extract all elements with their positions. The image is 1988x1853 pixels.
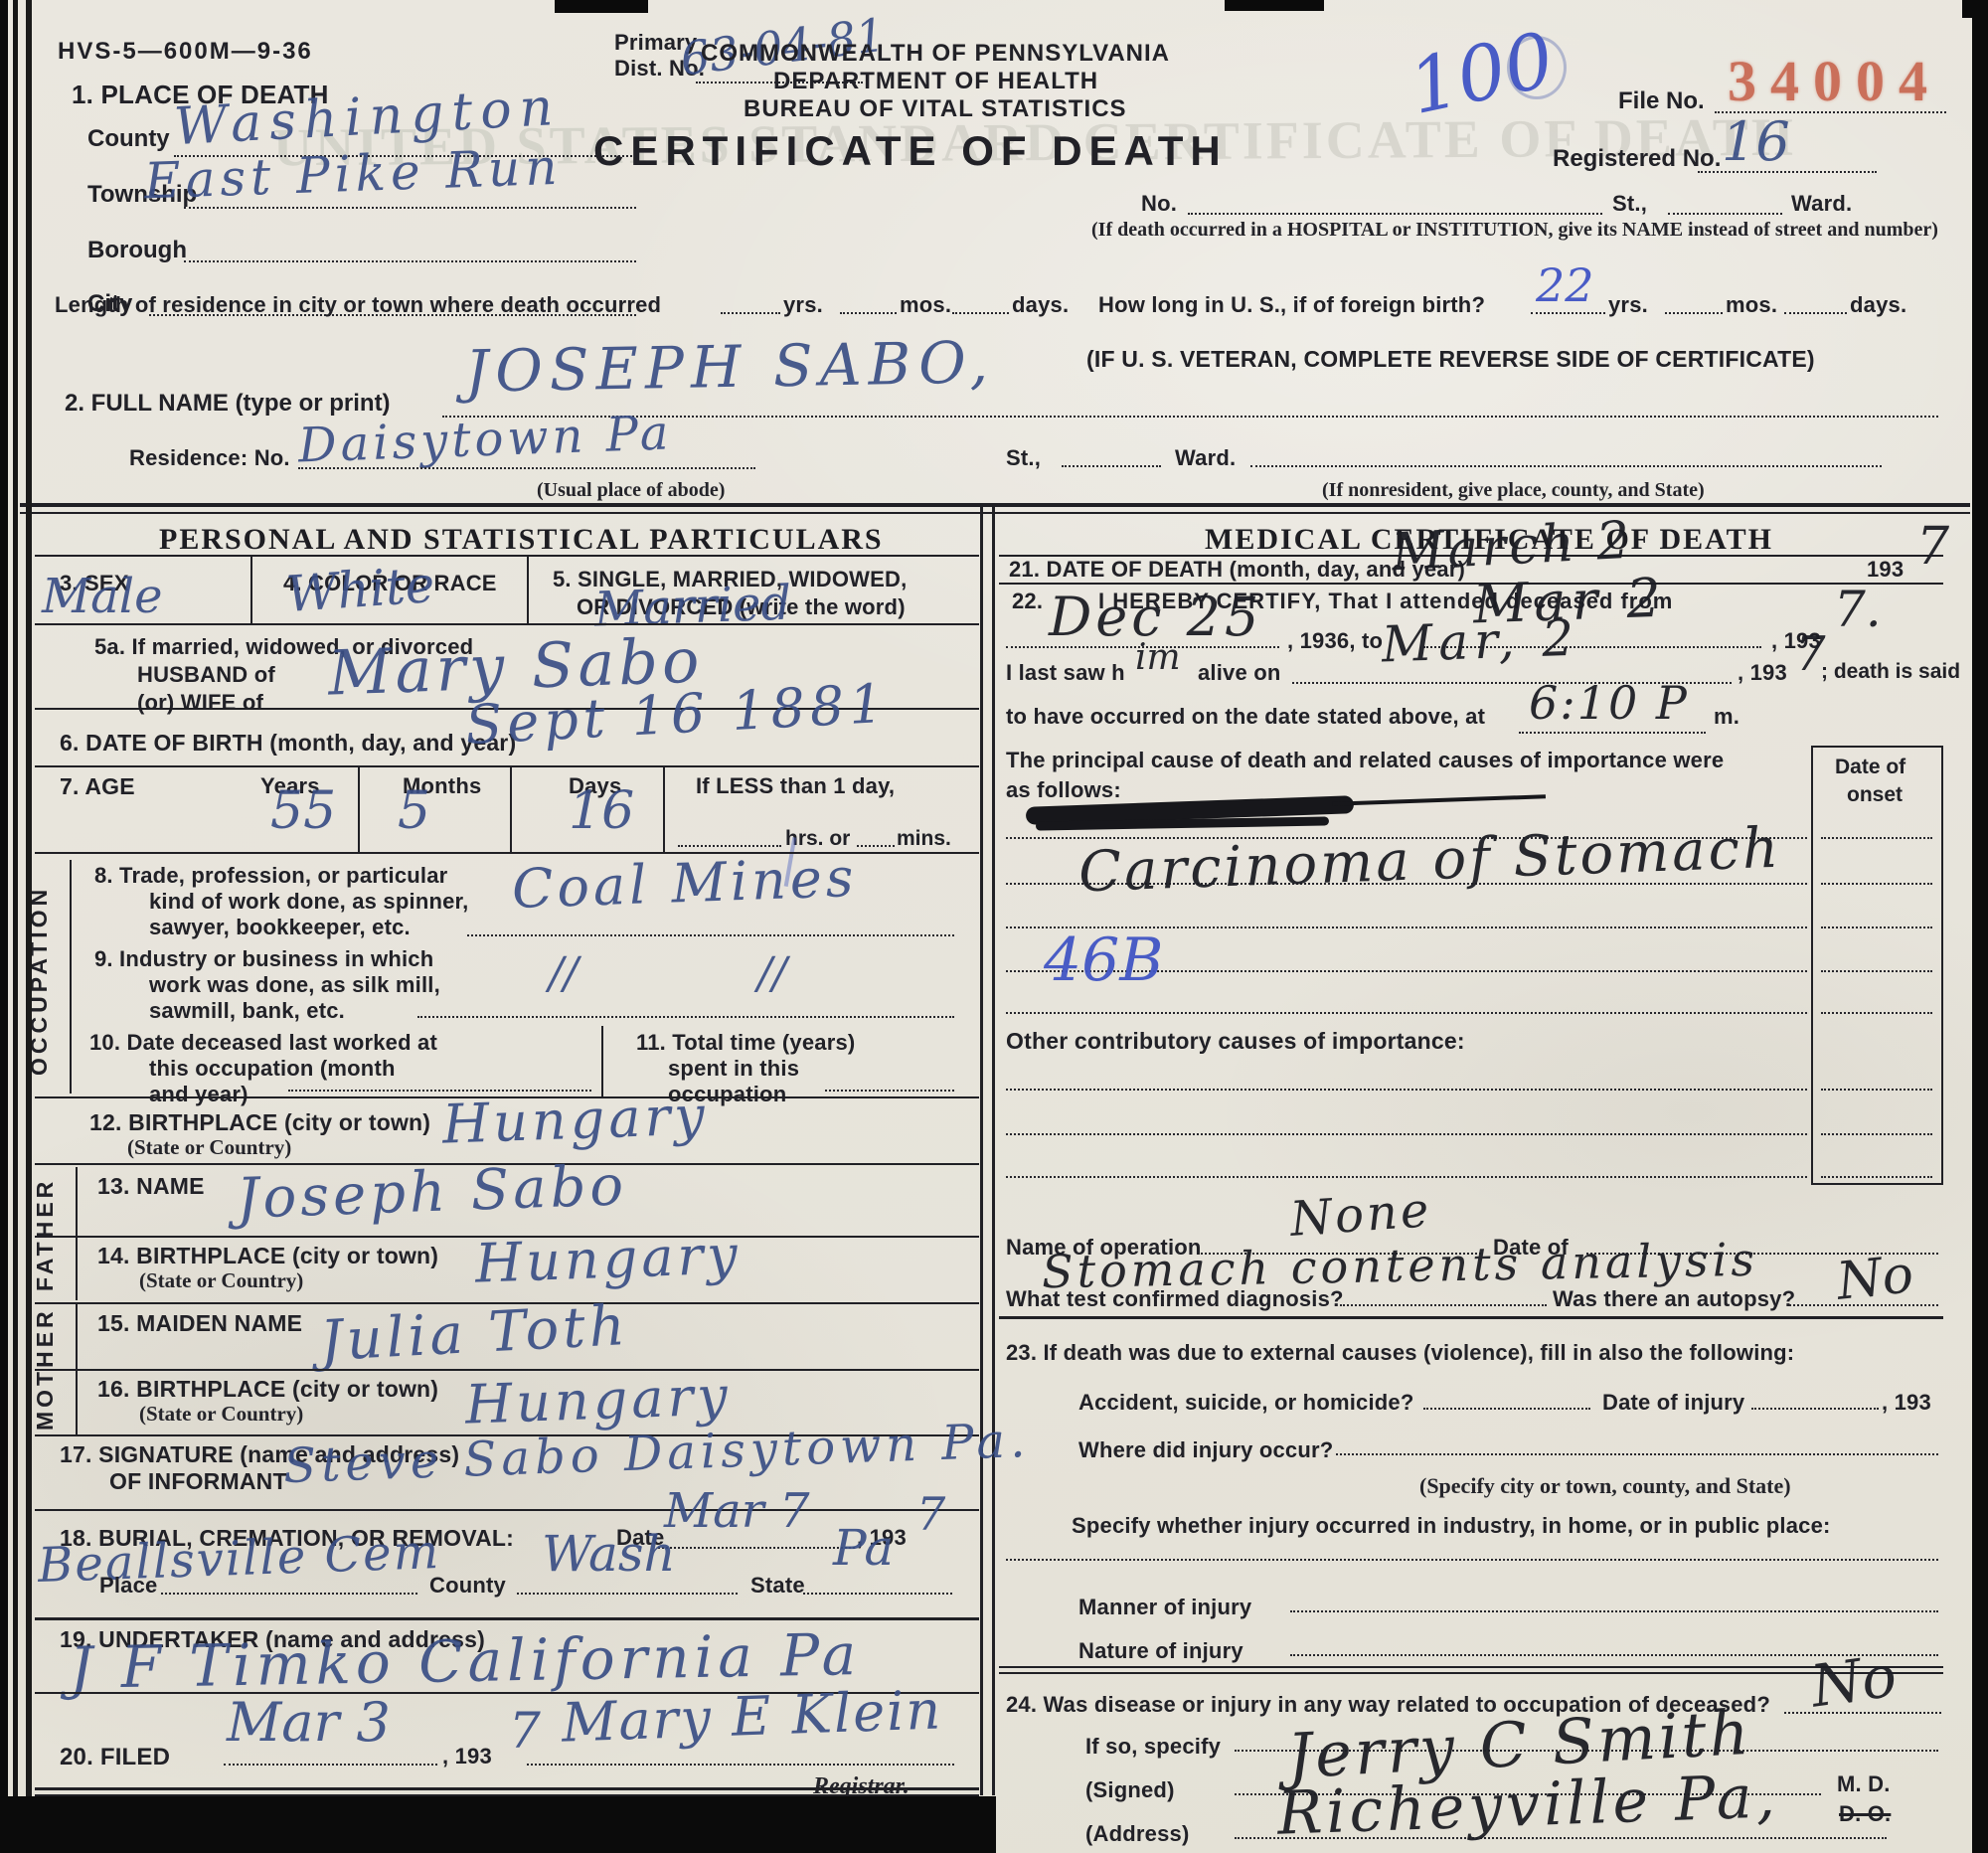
onset-box-right <box>1941 746 1943 1185</box>
totaltime-label-1: 11. Total time (years) <box>636 1030 855 1056</box>
township-line <box>184 207 636 209</box>
accident-line <box>1423 1408 1590 1410</box>
test-line <box>1340 1304 1547 1306</box>
father-side-label: FATHER <box>32 1171 59 1298</box>
crossed-out-text <box>1332 794 1546 806</box>
age-days-value: 16 <box>569 785 634 837</box>
occupation-bracket <box>70 860 72 1094</box>
filed-year-hw: 7 <box>509 1706 541 1756</box>
age-cell-line-1 <box>358 765 360 852</box>
len-days-line <box>952 312 1009 314</box>
death-time-value: 6:10 P <box>1529 680 1689 726</box>
age-label: 7. AGE <box>60 773 135 800</box>
industry-label-2: work was done, as silk mill, <box>149 972 440 998</box>
trade-value: Coal Mines <box>511 851 858 917</box>
cause-value: Carcinoma of Stomach <box>1077 821 1782 902</box>
full-name-value: JOSEPH SABO, <box>465 333 996 400</box>
attended-from-value: Dec 25 <box>1049 590 1262 644</box>
injury-year-print: , 193 <box>1882 1390 1931 1416</box>
divider-thick <box>20 503 1970 507</box>
onset-box-left <box>1811 746 1813 1185</box>
sex-value: Male <box>42 573 163 620</box>
burial-place-line <box>161 1593 417 1595</box>
dod-year-print: 193 <box>1867 557 1904 583</box>
personal-section-header: PERSONAL AND STATISTICAL PARTICULARS <box>159 523 884 557</box>
foreign-days-line <box>1784 312 1847 314</box>
dod-year-hw: 7 <box>1916 521 1949 573</box>
hospital-note: (If death occurred in a HOSPITAL or INST… <box>1091 219 1938 242</box>
onset-line <box>1821 837 1932 839</box>
contrib-line <box>1006 1133 1807 1135</box>
filed-date-value: Mar 3 <box>227 1696 391 1750</box>
trade-line <box>467 934 954 936</box>
lastwork-label-1: 10. Date deceased last worked at <box>89 1030 437 1056</box>
nonresident-note: (If nonresident, give place, county, and… <box>1322 479 1705 502</box>
township-value: East Pike Run <box>143 142 563 207</box>
operation-value: None <box>1288 1186 1432 1244</box>
injury-date-label: Date of injury <box>1602 1390 1744 1416</box>
onset-line <box>1821 1089 1932 1091</box>
age-cell-line-3 <box>663 765 665 852</box>
industry-label-3: sawmill, bank, etc. <box>149 998 345 1024</box>
contrib-line <box>1006 1176 1807 1178</box>
scan-edge-right <box>1972 0 1988 1853</box>
sex-cell-line <box>250 557 252 623</box>
column-divider-1 <box>980 503 983 1795</box>
row-line-23a <box>999 1666 1943 1668</box>
cause-line <box>1006 1012 1807 1014</box>
foreign-yrs-line <box>1531 312 1605 314</box>
stamp-circle <box>1507 36 1567 99</box>
registrar-name-value: Mary E Klein <box>561 1683 943 1750</box>
birthplace-value: Hungary <box>441 1089 709 1151</box>
industry-ditto-2: // <box>757 952 787 996</box>
filed-year-print: , 193 <box>442 1744 492 1769</box>
row-line-22 <box>999 1316 1943 1319</box>
file-no-label: File No. <box>1618 87 1705 115</box>
scan-edge-left <box>0 0 8 1853</box>
industry-label-1: 9. Industry or business in which <box>94 946 433 972</box>
accident-label: Accident, suicide, or homicide? <box>1078 1390 1414 1416</box>
burial-date-value: Mar 7 <box>664 1487 810 1535</box>
death-certificate-scan: UNITED STATES STANDARD CERTIFICATE OF DE… <box>0 0 1988 1853</box>
file-number-stamp: 34004 <box>1728 48 1941 114</box>
trade-label-2: kind of work done, as spinner, <box>149 889 468 915</box>
burial-county-label: County <box>429 1573 506 1599</box>
res-ward-label: Ward. <box>1175 445 1236 471</box>
lastsaw-mid: alive on <box>1198 660 1281 686</box>
principal-label-2: as follows: <box>1006 777 1121 803</box>
nature-label: Nature of injury <box>1078 1638 1243 1664</box>
trade-label-1: 8. Trade, profession, or particular <box>94 863 447 889</box>
lastwork-label-3: and year) <box>149 1082 248 1107</box>
foreign-days-label: days. <box>1850 292 1906 318</box>
burial-state-label: State <box>750 1573 805 1599</box>
burial-place-value: Beallsville Cem <box>37 1528 441 1590</box>
foreign-mos-label: mos. <box>1726 292 1777 318</box>
onset-label-2: onset <box>1847 783 1903 807</box>
death-time-line <box>1519 732 1706 734</box>
other-causes-label: Other contributory causes of importance: <box>1006 1028 1465 1055</box>
residence-value: Daisytown Pa <box>297 409 673 469</box>
lastsaw-pronoun: im <box>1135 640 1181 676</box>
father-bp-value: Hungary <box>474 1228 742 1290</box>
certificate-title: CERTIFICATE OF DEATH <box>593 127 1228 175</box>
contrib-line <box>1006 1089 1807 1091</box>
lastsaw-date-value: Mar, 2 <box>1381 613 1580 670</box>
informant-label-2: OF INFORMANT <box>109 1468 287 1495</box>
onset-line <box>1821 883 1932 885</box>
m-label: m. <box>1714 704 1739 730</box>
filed-date-line <box>224 1764 437 1766</box>
occupation-cell-line <box>601 1026 603 1096</box>
mins-label: mins. <box>897 827 951 851</box>
cause-code-value: 46B <box>1044 930 1163 990</box>
birthplace-label: 12. BIRTHPLACE (city or town) <box>89 1109 430 1136</box>
mother-bp-sub: (State or Country) <box>139 1402 303 1427</box>
foreign-years-value: 22 <box>1536 262 1594 308</box>
related-line <box>1784 1712 1941 1714</box>
row-line-sex <box>35 623 979 625</box>
left-header-rule <box>35 555 979 557</box>
scan-edge-bottom <box>0 1796 996 1853</box>
occurred-label: to have occurred on the date stated abov… <box>1006 704 1485 730</box>
age-cell-line-2 <box>510 765 512 852</box>
signed-label: (Signed) <box>1085 1777 1175 1803</box>
from-to-print: , 1936, to <box>1287 628 1383 654</box>
foreign-birth-label: How long in U. S., if of foreign birth? <box>1098 292 1485 318</box>
md-label: M. D. <box>1837 1771 1891 1797</box>
onset-line <box>1821 1012 1932 1014</box>
manner-label: Manner of injury <box>1078 1595 1251 1620</box>
specify-line <box>1006 1559 1938 1561</box>
res-st-label: St., <box>1006 445 1041 471</box>
mother-bp-label: 16. BIRTHPLACE (city or town) <box>97 1376 438 1403</box>
residence-line <box>298 467 755 469</box>
street-st-label: St., <box>1612 191 1647 217</box>
mother-name-value: Julia Toth <box>319 1298 630 1370</box>
mother-name-label: 15. MAIDEN NAME <box>97 1310 302 1337</box>
burial-place-label: Place <box>99 1573 158 1599</box>
father-name-label: 13. NAME <box>97 1173 205 1200</box>
burial-state-line <box>803 1593 952 1595</box>
department-line: DEPARTMENT OF HEALTH <box>773 68 1098 95</box>
veteran-note: (IF U. S. VETERAN, COMPLETE REVERSE SIDE… <box>1086 346 1815 373</box>
scan-artifact-top <box>1225 0 1324 11</box>
foreign-yrs-label: yrs. <box>1608 292 1648 318</box>
street-no-label: No. <box>1141 191 1177 217</box>
burial-county-line <box>517 1593 738 1595</box>
residence-label: Residence: No. <box>129 445 290 471</box>
related-value: No <box>1807 1646 1900 1715</box>
father-name-value: Joseph Sabo <box>236 1158 628 1228</box>
burial-date-line <box>658 1547 855 1549</box>
birthplace-sub: (State or Country) <box>127 1135 291 1160</box>
foreign-mos-line <box>1665 312 1723 314</box>
mother-bp-value: Hungary <box>464 1369 732 1432</box>
race-value: White <box>284 560 435 619</box>
father-bp-sub: (State or Country) <box>139 1268 303 1293</box>
industry-line <box>417 1016 954 1018</box>
borough-label: Borough <box>87 237 187 264</box>
onset-box-top <box>1811 746 1943 748</box>
manner-line <box>1290 1610 1938 1612</box>
res-ward-line <box>1250 465 1882 467</box>
left-bottom-rule-1 <box>35 1787 979 1790</box>
totaltime-line <box>825 1090 954 1092</box>
address-label: (Address) <box>1085 1821 1190 1847</box>
scanned-page: UNITED STATES STANDARD CERTIFICATE OF DE… <box>0 0 1988 1853</box>
onset-label-1: Date of <box>1835 756 1905 779</box>
len-yrs-line <box>721 312 780 314</box>
father-bp-label: 14. BIRTHPLACE (city or town) <box>97 1243 438 1269</box>
len-mos-label: mos. <box>900 292 951 318</box>
row-line-dob <box>35 765 979 767</box>
burial-county-value: Wash <box>542 1529 676 1579</box>
onset-box-bottom <box>1811 1183 1943 1185</box>
len-mos-line <box>840 312 897 314</box>
burial-year-hw: 7 <box>916 1491 945 1537</box>
lastwork-label-2: this occupation (month <box>149 1056 396 1082</box>
onset-line <box>1821 970 1932 972</box>
where-injury-line <box>1336 1453 1938 1455</box>
row-line-23b <box>999 1672 1943 1674</box>
spouse-label-2: HUSBAND of <box>137 662 275 688</box>
row-line-15 <box>35 1369 979 1371</box>
res-st-line <box>1062 465 1161 467</box>
row-line-17 <box>35 1509 979 1511</box>
certify-no: 22. <box>1012 589 1043 614</box>
where-injury-note: (Specify city or town, county, and State… <box>1419 1473 1791 1499</box>
lastsaw-pre: I last saw h <box>1006 660 1125 686</box>
bureau-line: BUREAU OF VITAL STATISTICS <box>744 95 1127 123</box>
to-year-hw: 7. <box>1834 585 1882 634</box>
industry-ditto-1: // <box>549 952 579 996</box>
race-cell-line <box>527 557 529 623</box>
trade-label-3: sawyer, bookkeeper, etc. <box>149 915 411 940</box>
scan-artifact-corner <box>1962 0 1988 18</box>
length-residence-label: Length of residence in city or town wher… <box>55 292 661 318</box>
len-yrs-label: yrs. <box>783 292 823 318</box>
father-bracket <box>76 1167 78 1300</box>
registered-no-value: 16 <box>1722 115 1790 169</box>
age-years-value: 55 <box>270 785 336 837</box>
informant-value: Steve Sabo Daisytown Pa. <box>282 1417 1031 1490</box>
county-label: County <box>87 125 170 153</box>
principal-label-1: The principal cause of death and related… <box>1006 748 1724 773</box>
hrs-line <box>678 845 781 847</box>
len-days-label: days. <box>1012 292 1069 318</box>
do-label: D. O. <box>1839 1801 1891 1827</box>
row-line-21 <box>999 583 1943 585</box>
street-ward-label: Ward. <box>1791 191 1852 217</box>
dob-label: 6. DATE OF BIRTH (month, day, and year) <box>60 730 516 757</box>
autopsy-value: No <box>1834 1249 1915 1308</box>
age-less-label: If LESS than 1 day, <box>696 773 895 799</box>
ifso-label: If so, specify <box>1085 1734 1221 1760</box>
full-name-label: 2. FULL NAME (type or print) <box>65 390 391 418</box>
onset-line <box>1821 1176 1932 1178</box>
onset-line <box>1821 1133 1932 1135</box>
external-label: 23. If death was due to external causes … <box>1006 1340 1794 1366</box>
totaltime-label-2: spent in this <box>668 1056 799 1082</box>
divider-thin <box>20 512 1970 514</box>
column-divider-2 <box>992 503 995 1795</box>
burial-state-value: Pa <box>833 1523 894 1573</box>
abode-note: (Usual place of abode) <box>537 479 725 502</box>
street-st-line <box>1668 213 1782 215</box>
specify-label: Specify whether injury occurred in indus… <box>1072 1513 1831 1539</box>
lastsaw-post: ; death is said <box>1821 660 1960 684</box>
borough-line <box>184 260 636 262</box>
lastsaw-year-print: , 193 <box>1738 660 1787 686</box>
registrar-line <box>527 1764 954 1766</box>
injury-date-line <box>1751 1408 1879 1410</box>
filed-label: 20. FILED <box>60 1744 170 1771</box>
physician-address: Richeyville Pa, <box>1276 1767 1779 1844</box>
scan-edge-line <box>13 0 18 1853</box>
autopsy-label: Was there an autopsy? <box>1553 1286 1795 1312</box>
where-injury-label: Where did injury occur? <box>1078 1437 1333 1463</box>
scan-artifact-top <box>555 0 648 13</box>
spouse-label-3: (or) WIFE of <box>137 690 263 716</box>
onset-line <box>1821 926 1932 928</box>
registered-no-label: Registered No. <box>1553 145 1721 173</box>
street-no-line <box>1188 213 1602 215</box>
commonwealth-line: COMMONWEALTH OF PENNSYLVANIA <box>701 40 1170 68</box>
form-code: HVS-5—600M—9-36 <box>58 38 313 66</box>
scan-edge-line <box>26 0 32 1853</box>
age-months-value: 5 <box>398 785 430 837</box>
mins-line <box>857 845 895 847</box>
